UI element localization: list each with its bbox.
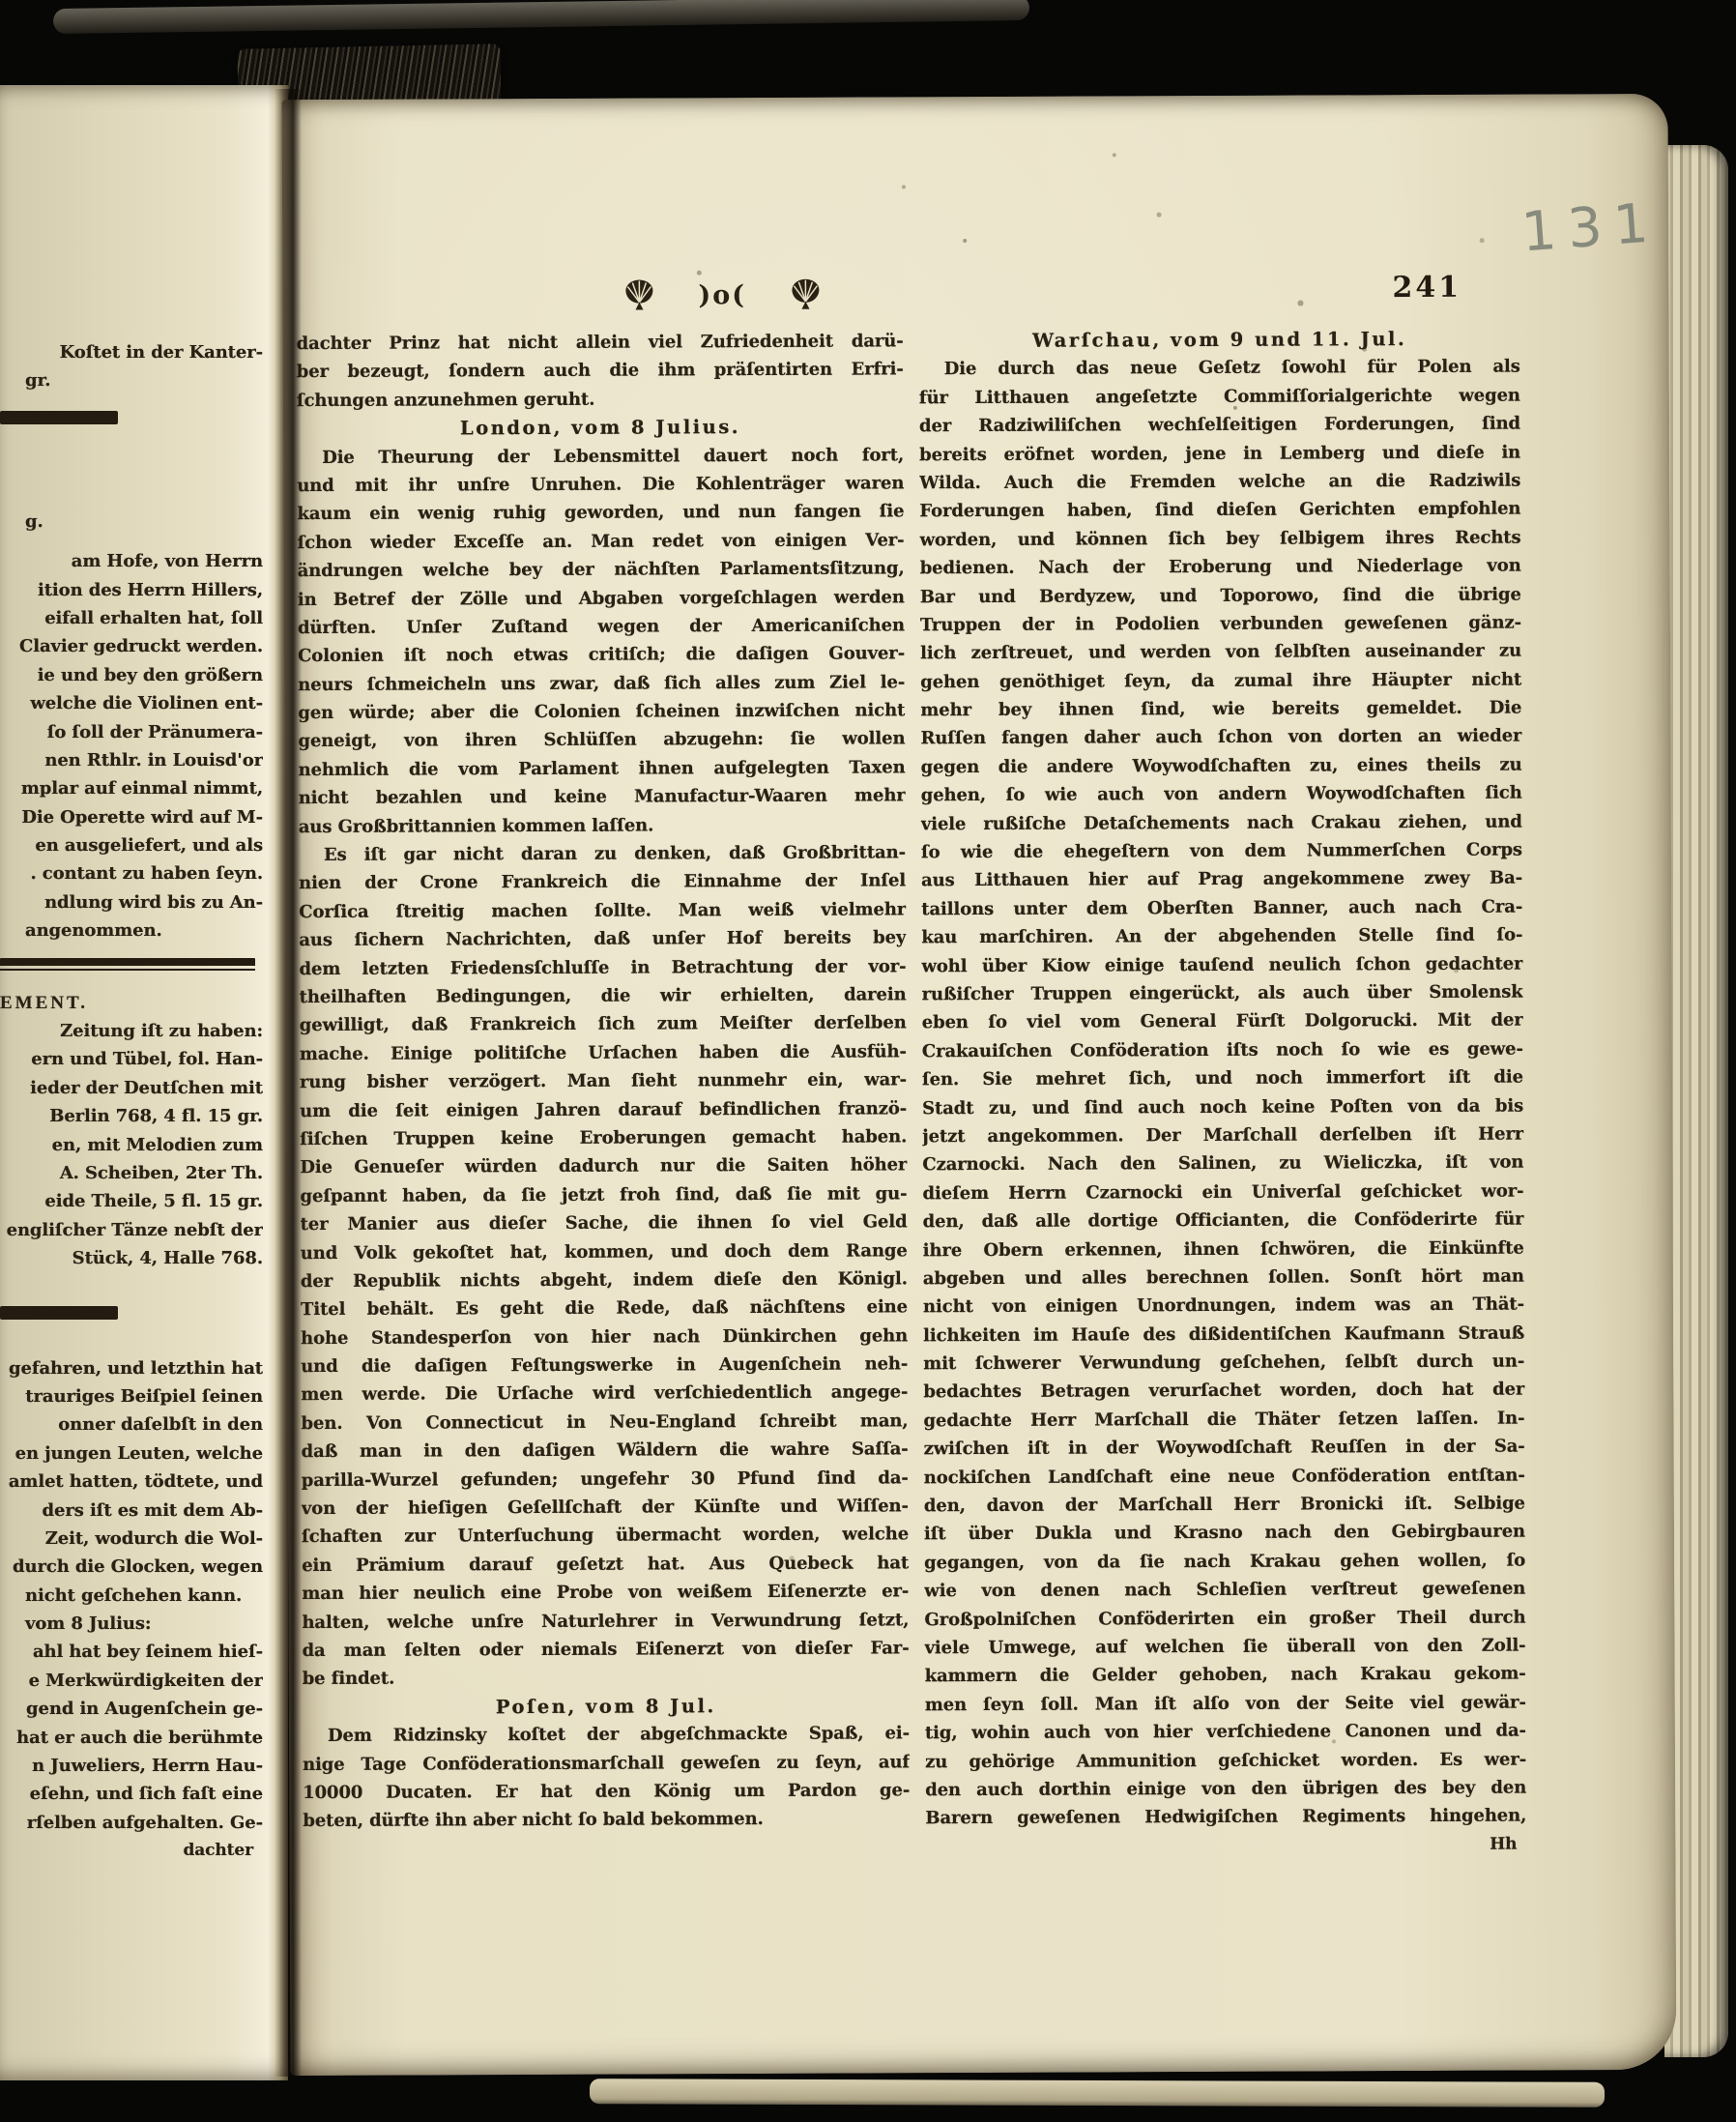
text-line: eifall erhalten hat, ſoll xyxy=(0,604,263,632)
text-line: Wilda. Auch die Fremden welche an die Ra… xyxy=(919,467,1520,498)
page-gutter-shadow xyxy=(275,89,302,2077)
printer-double-rule xyxy=(0,958,255,973)
text-line: EMENT. xyxy=(0,989,263,1017)
text-line: Titel behält. Es geht die Rede, daß näch… xyxy=(301,1294,908,1324)
text-line: n Juweliers, Herrn Hau- xyxy=(0,1752,263,1780)
text-line: amlet hatten, tödtete, und xyxy=(0,1468,263,1496)
printer-rule xyxy=(0,1306,118,1320)
text-line: Die Genueſer würden dadurch nur die Sait… xyxy=(300,1151,907,1182)
text-line: um die ſeit einigen Jahren darauf befind… xyxy=(300,1094,907,1125)
text-line: neurs ſchmeicheln uns zwar, daß ſich all… xyxy=(298,668,905,699)
section-heading: Poſen, vom 8 Jul. xyxy=(303,1691,910,1722)
text-line: nige Tage Conföderationsmarſchall geweſe… xyxy=(303,1748,910,1779)
text-line: trauriges Beiſpiel ſeinen xyxy=(0,1382,263,1410)
text-line: mehr bey ihnen ſind, wie bereits gemelde… xyxy=(920,694,1521,725)
text-line: welche die Violinen ent- xyxy=(0,689,263,717)
text-line: den, daß alle dortige Officianten, die C… xyxy=(923,1206,1524,1236)
text-line: nen Rthlr. in Louisd'or xyxy=(0,746,263,774)
spacer xyxy=(0,1273,263,1300)
text-line: Crakauiſchen Conföderation iſts noch ſo … xyxy=(922,1034,1523,1065)
text-line: en, mit Melodien zum xyxy=(0,1131,263,1159)
text-line: und mit ihr unſre Unruhen. Die Kohlenträ… xyxy=(297,469,904,500)
text-line: Corſica ſtreitig machen ſollte. Man weiß… xyxy=(299,895,906,926)
text-line: für Litthauen angeſetzte Commiſſorialger… xyxy=(919,381,1520,412)
text-line: ter Manier aus dieſer Sache, die ihnen ſ… xyxy=(301,1207,908,1238)
text-line: gen würde; aber die Colonien ſcheinen in… xyxy=(298,696,905,727)
text-line: nicht von einigen Unordnungen, indem was… xyxy=(923,1291,1524,1322)
text-line: men ſeyn ſoll. Man iſt alſo von der Seit… xyxy=(925,1688,1526,1719)
text-line: bedienen. Nach der Eroberung und Niederl… xyxy=(920,552,1521,583)
printer-flower-ornament-icon xyxy=(789,277,822,312)
text-line: bereits eröfnet worden, jene in Lemberg … xyxy=(919,438,1520,469)
text-line: nockiſchen Landſchaft eine neue Conföder… xyxy=(924,1461,1525,1492)
text-line: dieſem Herrn Czarnocki ein Univerſal geſ… xyxy=(922,1177,1523,1207)
text-line: bedachtes Betragen verurſachet worden, d… xyxy=(923,1376,1524,1407)
text-line: mache. Einige politiſche Urſachen haben … xyxy=(300,1037,907,1068)
text-line: . contant zu haben ſeyn. xyxy=(0,859,263,887)
text-line: iſt über Dukla und Krasno nach den Gebir… xyxy=(924,1518,1525,1549)
text-line: Zeitung iſt zu haben: xyxy=(0,1017,263,1045)
book-scan-photo: Koſtet in der Kanter-gr.g.am Hofe, von H… xyxy=(0,0,1736,2122)
text-line: ein Prämium darauf geſetzt hat. Aus Queb… xyxy=(302,1549,909,1580)
text-line: ber bezeugt, ſondern auch die ihm präſen… xyxy=(297,356,904,387)
text-line: der Republik nichts abgeht, indem dieſe … xyxy=(301,1264,908,1295)
text-line: Dem Ridzinsky koſtet der abgeſchmackte S… xyxy=(303,1719,910,1750)
text-line: Koſtet in der Kanter- xyxy=(0,338,263,366)
text-line: Bar und Berdyzew, und Toporowo, ſind die… xyxy=(920,580,1521,611)
text-line: nien der Crone Frankreich die Einnahme d… xyxy=(299,867,906,898)
text-line: halten, welche unſre Naturlehrer in Verw… xyxy=(302,1606,909,1637)
text-line: ie und bey den größern xyxy=(0,661,263,689)
spacer xyxy=(0,977,263,989)
text-line: Stadt zu, und ſind auch noch keine Poſte… xyxy=(922,1091,1523,1122)
text-line: be findet. xyxy=(303,1663,910,1694)
text-line: parilla-Wurzel gefunden; ungefehr 30 Pfu… xyxy=(302,1464,909,1495)
text-line: nehmlich die vom Parlament ihnen aufgele… xyxy=(299,753,906,784)
text-line: Die Theurung der Lebensmittel dauert noc… xyxy=(297,441,904,472)
text-line: Czarnocki. Nach den Salinen, zu Wieliczk… xyxy=(922,1148,1523,1179)
text-line: viele rußiſche Detaſchements nach Crakau… xyxy=(921,807,1522,838)
text-line: Stück, 4, Halle 768. xyxy=(0,1244,263,1272)
text-line: Truppen der in Podolien verbunden geweſe… xyxy=(920,608,1521,639)
text-line: der Radziwiliſchen wechſelſeitigen Forde… xyxy=(919,410,1520,441)
section-heading: Warſchau, vom 9 und 11. Jul. xyxy=(919,325,1520,356)
text-line: Die durch das neue Geſetz ſowohl für Pol… xyxy=(919,353,1520,384)
text-line: taillons unter dem Oberſten Banner, auch… xyxy=(921,892,1522,923)
bottom-page-edge xyxy=(590,2078,1605,2107)
text-line: worden, und können ſich bey ſelbigem ihr… xyxy=(919,523,1520,554)
text-line: en jungen Leuten, welche xyxy=(0,1439,263,1468)
text-line: ndlung wird bis zu An- xyxy=(0,888,263,916)
text-line: wie von denen nach Schleſien verſtreut g… xyxy=(924,1575,1525,1606)
book-board-edge xyxy=(53,0,1029,34)
text-line: jetzt angekommen. Der Marſchall derſelbe… xyxy=(922,1119,1523,1150)
text-line: ſen. Sie mehret ſich, und noch immerfort… xyxy=(922,1063,1523,1094)
text-line: ern und Tübel, fol. Han- xyxy=(0,1045,263,1073)
text-line: eide Theile, 5 fl. 15 gr. xyxy=(0,1187,263,1215)
text-line: ben. Von Connecticut in Neu-England ſchr… xyxy=(301,1407,908,1438)
text-line: zwiſchen iſt in der Woywodſchaft Reuſſen… xyxy=(924,1433,1525,1464)
spacer xyxy=(0,945,263,953)
text-line: kaum ein wenig ruhig geworden, und nun f… xyxy=(297,498,904,529)
text-line: aus ſichern Nachrichten, daß unſer Hof b… xyxy=(299,924,906,955)
left-partial-column: Koſtet in der Kanter-gr.g.am Hofe, von H… xyxy=(0,338,275,1866)
text-line: durch die Glocken, wegen xyxy=(0,1553,263,1581)
text-line: gegangen, von da ſie nach Krakau gehen w… xyxy=(924,1546,1525,1577)
text-line: onner daſelbſt in den Kirch- xyxy=(0,1410,263,1439)
text-line: gegen die andere Woywodſchaften zu, eine… xyxy=(921,750,1522,781)
header-separator: )o( xyxy=(698,280,746,310)
text-line: eſehn, und ſich faſt eine xyxy=(0,1780,263,1808)
text-line: hat er auch die berühmte xyxy=(0,1724,263,1752)
text-line: den, davon der Marſchall Herr Bronicki i… xyxy=(924,1490,1525,1521)
text-line: und die daſigen Feſtungswerke in Augenſc… xyxy=(301,1350,908,1381)
text-line: nicht bezahlen und keine Manufactur-Waar… xyxy=(299,782,906,813)
text-line: lich zerſtreuet, und werden von ſelbſten… xyxy=(920,637,1521,668)
text-line: ders iſt es mit dem Ab- xyxy=(0,1497,263,1525)
text-line: Barern geweſenen Hedwigiſchen Regiments … xyxy=(925,1802,1526,1833)
text-line: gefahren, und letzthin hat xyxy=(0,1354,263,1382)
text-line: dürften. Unſer Zuſtand wegen der America… xyxy=(298,611,905,642)
text-line: gehen, ſo wie auch von andern Woywodſcha… xyxy=(921,779,1522,810)
catchword: dachter xyxy=(0,1837,263,1865)
text-line: ſchungen anzunehmen geruht. xyxy=(297,384,904,415)
spacer xyxy=(0,1325,263,1354)
text-line: ändrungen welche bey der nächſten Parlam… xyxy=(298,554,905,585)
text-line: Es iſt gar nicht daran zu denken, daß Gr… xyxy=(299,838,906,869)
text-line: 10000 Ducaten. Er hat den König um Pardo… xyxy=(303,1776,910,1807)
text-line: kammern die Gelder gehoben, nach Krakau … xyxy=(925,1660,1526,1691)
text-line: nicht geſchehen kann. xyxy=(0,1582,263,1610)
text-line: geſpannt haben, da ſie jetzt froh ſind, … xyxy=(300,1179,907,1210)
text-line: aus Großbrittannien kommen laſſen. xyxy=(299,810,906,841)
text-line: ieder der Deutſchen mit xyxy=(0,1074,263,1102)
text-line: tig, wohin auch von hier verſchiedene Ca… xyxy=(925,1717,1526,1748)
text-line: aus Litthauen hier auf Prag angekommene … xyxy=(921,864,1522,895)
printer-flower-ornament-icon xyxy=(622,277,655,312)
text-line: dachter Prinz hat nicht allein viel Zufr… xyxy=(297,327,904,358)
text-line: angenommen. xyxy=(0,916,263,945)
text-line: mit ſchwerer Verwundung geſchehen, ſelbſ… xyxy=(923,1348,1524,1379)
text-line: dem letzten Friedensſchluſſe in Betracht… xyxy=(299,952,906,983)
text-line: da man ſelten oder niemals Eiſenerzt von… xyxy=(302,1634,909,1665)
text-line: ſo wie die ehegeſtern von dem Nummerſche… xyxy=(921,836,1522,867)
text-line: hohe Standesperſon von hier nach Dünkirc… xyxy=(301,1322,908,1352)
spacer xyxy=(0,536,263,547)
text-line: gend in Augenſchein ge- xyxy=(0,1695,263,1723)
text-line: ahl hat bey ſeinem hieſ- xyxy=(0,1638,263,1666)
text-line: vom 8 Julius: xyxy=(0,1610,263,1638)
text-line: den auch dorthin einige von den übrigen … xyxy=(925,1773,1526,1804)
text-line: Forderungen haben, ſind dieſen Gerichten… xyxy=(919,495,1520,526)
catchword: Hh xyxy=(925,1830,1526,1861)
text-line: ſchaften zur Unterſuchung übermacht word… xyxy=(302,1521,909,1552)
text-line: en ausgeliefert, und als xyxy=(0,831,263,859)
right-page: )o( 241 131 dachter Prinz hat nicht alle… xyxy=(282,94,1677,2076)
text-line: wohl über Kiow einige tauſend neulich ſc… xyxy=(921,949,1522,980)
text-line: ition des Herrn Hillers, xyxy=(0,576,263,604)
text-line: theilhaften Bedingungen, die wir erhielt… xyxy=(300,980,907,1011)
text-line: g. xyxy=(0,508,263,536)
printer-rule xyxy=(0,411,118,424)
text-line: mplar auf einmal nimmt, xyxy=(0,774,263,802)
text-line: ſo ſoll der Pränumera- xyxy=(0,718,263,746)
text-line: daß man in den daſigen Wäldern die wahre… xyxy=(302,1436,909,1467)
text-line: gewilligt, daß Frankreich ſich zum Meiſt… xyxy=(300,1009,907,1040)
text-line: und Volk gekoſtet hat, kommen, und doch … xyxy=(301,1236,908,1267)
page-number: 241 xyxy=(1392,271,1461,305)
text-line: Großpolniſchen Conföderirten ein großer … xyxy=(924,1603,1525,1634)
text-line: abgeben und alles berechnen ſollen. Sonſ… xyxy=(923,1262,1524,1293)
left-page: Koſtet in der Kanter-gr.g.am Hofe, von H… xyxy=(0,85,288,2080)
text-line: rußiſcher Truppen eingerückt, als auch ü… xyxy=(922,978,1523,1009)
text-line: ihre Obern erkennen, ihnen ſchwören, die… xyxy=(923,1234,1524,1264)
text-line: zu gehörige Ammunition geſchicket worden… xyxy=(925,1745,1526,1776)
text-line: gr. xyxy=(0,366,263,394)
text-line: von der hieſigen Geſellſchaft der Künſte… xyxy=(302,1492,909,1523)
text-line: in Betref der Zölle und Abgaben vorgeſch… xyxy=(298,583,905,614)
text-line: viele Umwege, auf welchen ſie überall vo… xyxy=(924,1632,1525,1663)
text-line: gedachte Herr Marſchall die Thäter ſetze… xyxy=(923,1404,1524,1435)
text-line: geneigt, von ihren Schlüſſen abzugehn: ſ… xyxy=(298,725,905,756)
text-line: engliſcher Tänze nebſt der xyxy=(0,1216,263,1244)
text-line: Berlin 768, 4 fl. 15 gr. xyxy=(0,1102,263,1130)
text-line: ſiſchen Truppen keine Eroberungen gemach… xyxy=(300,1122,907,1153)
text-line: eben ſo viel vom General Fürſt Dolgoruck… xyxy=(922,1006,1523,1037)
text-line: lichkeiten im Hauſe des dißidentiſchen K… xyxy=(923,1319,1524,1350)
text-line: gehen genöthiget ſeyn, da zumal ihre Häu… xyxy=(920,665,1521,696)
text-line: rung bisher verzögert. Man ſieht nunmehr… xyxy=(300,1065,907,1096)
text-line: Zeit, wodurch die Wol- xyxy=(0,1525,263,1553)
text-line: ſchon wieder Exceſſe an. Man redet von e… xyxy=(297,526,904,557)
text-line: Ruſſen fangen daher auch ſchon von dorte… xyxy=(920,722,1521,753)
text-line: rſelben aufgehalten. Ge- xyxy=(0,1809,263,1837)
text-column-right: Warſchau, vom 9 und 11. Jul.Die durch da… xyxy=(919,325,1527,1862)
running-header: )o( xyxy=(622,277,822,313)
text-line: e Merkwürdigkeiten der xyxy=(0,1667,263,1695)
text-line: beten, dürfte ihn aber nicht ſo bald bek… xyxy=(303,1805,910,1836)
text-line: Colonien iſt noch etwas critiſch; die da… xyxy=(298,640,905,671)
spacer xyxy=(0,395,263,405)
section-heading: London, vom 8 Julius. xyxy=(297,413,904,444)
text-line: man hier neulich eine Probe von weißem E… xyxy=(302,1578,909,1609)
text-line: kau marſchiren. An der abgehenden Stelle… xyxy=(921,921,1522,952)
text-line: Die Operette wird auf M- xyxy=(0,803,263,831)
text-line: Clavier gedruckt werden. xyxy=(0,632,263,660)
text-line: A. Scheiben, 2ter Th. xyxy=(0,1159,263,1187)
text-line: am Hofe, von Herrn xyxy=(0,547,263,575)
handwritten-folio-number: 131 xyxy=(1519,191,1662,264)
text-line: men werde. Die Urſache wird verſchiedent… xyxy=(301,1379,908,1410)
spacer xyxy=(0,430,263,508)
text-column-left: dachter Prinz hat nicht allein viel Zufr… xyxy=(297,327,911,1835)
